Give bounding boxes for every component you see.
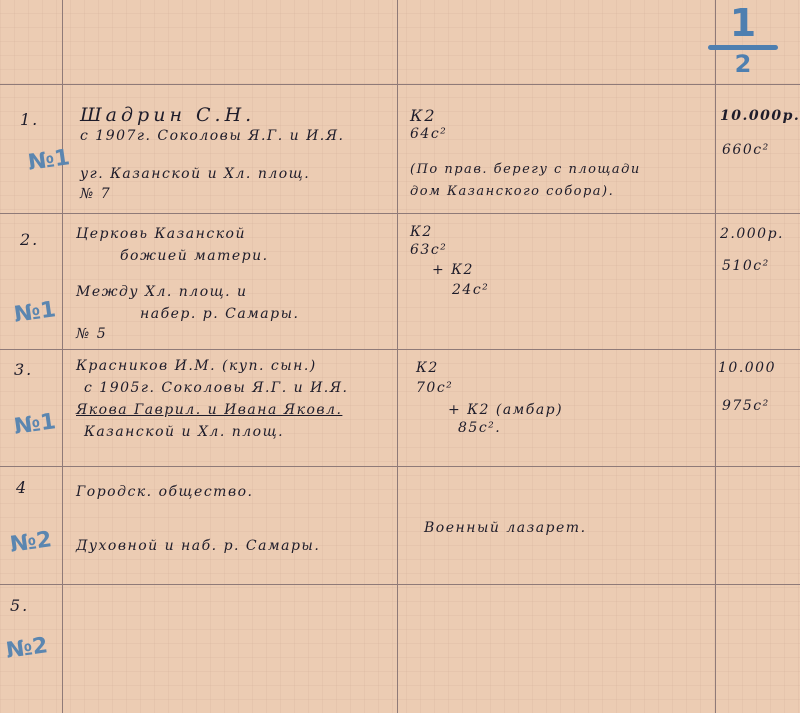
plot-area: 510с² (722, 258, 770, 274)
plot-area: 660с² (722, 142, 770, 158)
blue-pencil-mark: №1 (12, 409, 57, 440)
value: 10.000 (718, 360, 776, 376)
row-number: 4 (16, 478, 28, 497)
building-type-extra: + К2 (амбар) (448, 402, 563, 418)
value: 10.000р. (720, 108, 800, 124)
blue-pencil-mark: №1 (26, 145, 71, 176)
address-number: № 7 (80, 186, 111, 202)
row-rule-header (0, 84, 800, 85)
column-rule-building (715, 0, 716, 713)
row-rule-3 (0, 466, 800, 467)
owner-detail: с 1907г. Соколовы Я.Г. и И.Я. (80, 128, 344, 144)
row-rule-4 (0, 584, 800, 585)
sheet-page-mark: 1 2 (708, 4, 778, 75)
ledger-page: 1 2 1. №1 Шадрин С.Н. с 1907г. Соколовы … (0, 0, 800, 713)
address-owners: Якова Гаврил. и Ивана Яковл. (76, 402, 342, 418)
blue-pencil-mark: №2 (8, 527, 53, 558)
owner-detail: божией матери. (120, 248, 269, 264)
blue-pencil-mark: №1 (12, 297, 57, 328)
column-rule-number (62, 0, 63, 713)
building-type: Военный лазарет. (424, 520, 587, 536)
owner-name: Церковь Казанской (76, 226, 246, 242)
blue-pencil-mark: №2 (4, 633, 49, 664)
building-note: дом Казанского собора). (410, 184, 614, 199)
address: Между Хл. площ. и (76, 284, 248, 300)
building-type-extra: + К2 (432, 262, 474, 278)
owner-name: Красников И.М. (куп. сын.) (76, 358, 317, 374)
column-rule-owner (397, 0, 398, 713)
building-area-extra: 85с². (458, 420, 501, 436)
building-area: 70с² (416, 380, 453, 396)
row-number: 1. (20, 110, 39, 129)
row-number: 5. (10, 596, 29, 615)
building-area: 64с² (410, 126, 447, 142)
row-number: 3. (14, 360, 33, 379)
page-mark-bottom: 2 (708, 53, 778, 75)
value: 2.000р. (720, 226, 784, 242)
building-area: 63с² (410, 242, 447, 258)
building-type: К2 (416, 360, 439, 376)
building-note: (По прав. берегу с площади (410, 162, 641, 177)
address: Казанской и Хл. площ. (84, 424, 284, 440)
owner-name: Городск. общество. (76, 484, 253, 500)
building-area-extra: 24с² (452, 282, 489, 298)
address: уг. Казанской и Хл. площ. (80, 166, 310, 182)
owner-detail: с 1905г. Соколовы Я.Г. и И.Я. (84, 380, 348, 396)
address: набер. р. Самары. (140, 306, 299, 322)
owner-name: Шадрин С.Н. (80, 104, 255, 126)
address: Духовной и наб. р. Самары. (76, 538, 320, 554)
building-type: К2 (410, 224, 433, 240)
address-number: № 5 (76, 326, 107, 342)
plot-area: 975с² (722, 398, 770, 414)
row-number: 2. (20, 230, 39, 249)
building-type: К2 (410, 106, 437, 125)
row-rule-2 (0, 349, 800, 350)
page-mark-top: 1 (708, 4, 778, 42)
row-rule-1 (0, 213, 800, 214)
